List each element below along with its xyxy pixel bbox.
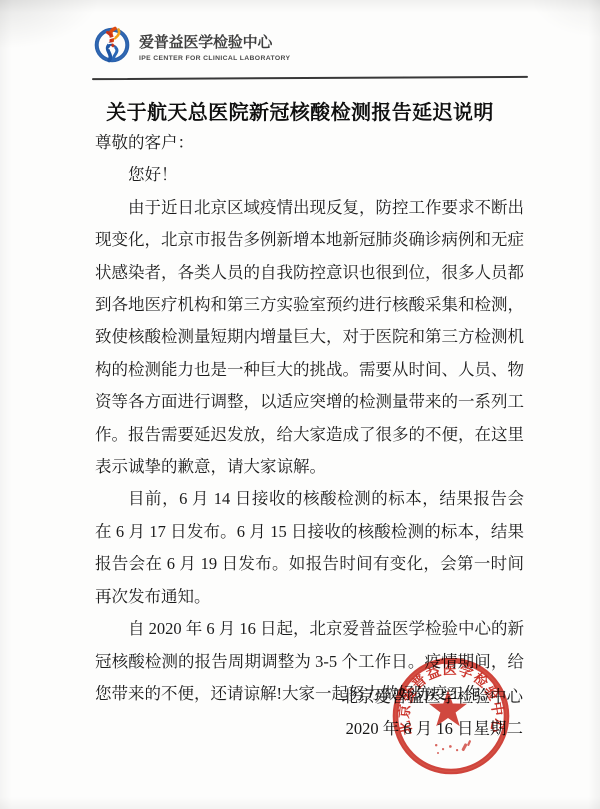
org-name-english: IPE CENTER FOR CLINICAL LABORATORY: [139, 55, 290, 62]
greeting: 您好！: [95, 159, 524, 191]
header-divider: [92, 76, 528, 80]
seal-star-icon: [429, 690, 467, 726]
document-title: 关于航天总医院新冠核酸检测报告延迟说明: [70, 100, 530, 126]
official-red-seal: 北京爱普益医学检验中心: [389, 654, 513, 778]
org-logo: 爱普益医学检验中心 IPE CENTER FOR CLINICAL LABORA…: [94, 24, 290, 65]
paragraph-1: 由于近日北京区域疫情出现反复，防控工作要求不断出现变化，北京市报告多例新增本地新…: [95, 192, 524, 484]
document-page: 爱普益医学检验中心 IPE CENTER FOR CLINICAL LABORA…: [0, 0, 600, 809]
letter-body: 尊敬的客户： 您好！ 由于近日北京区域疫情出现反复，防控工作要求不断出现变化，北…: [95, 127, 524, 710]
dna-circle-logo-icon: [94, 25, 130, 65]
paragraph-2: 目前，6 月 14 日接收的核酸检测的标本，结果报告会在 6 月 17 日发布。…: [95, 483, 524, 613]
org-logo-text: 爱普益医学检验中心 IPE CENTER FOR CLINICAL LABORA…: [139, 31, 290, 62]
org-name-chinese: 爱普益医学检验中心: [139, 31, 290, 52]
salutation: 尊敬的客户：: [95, 127, 524, 159]
